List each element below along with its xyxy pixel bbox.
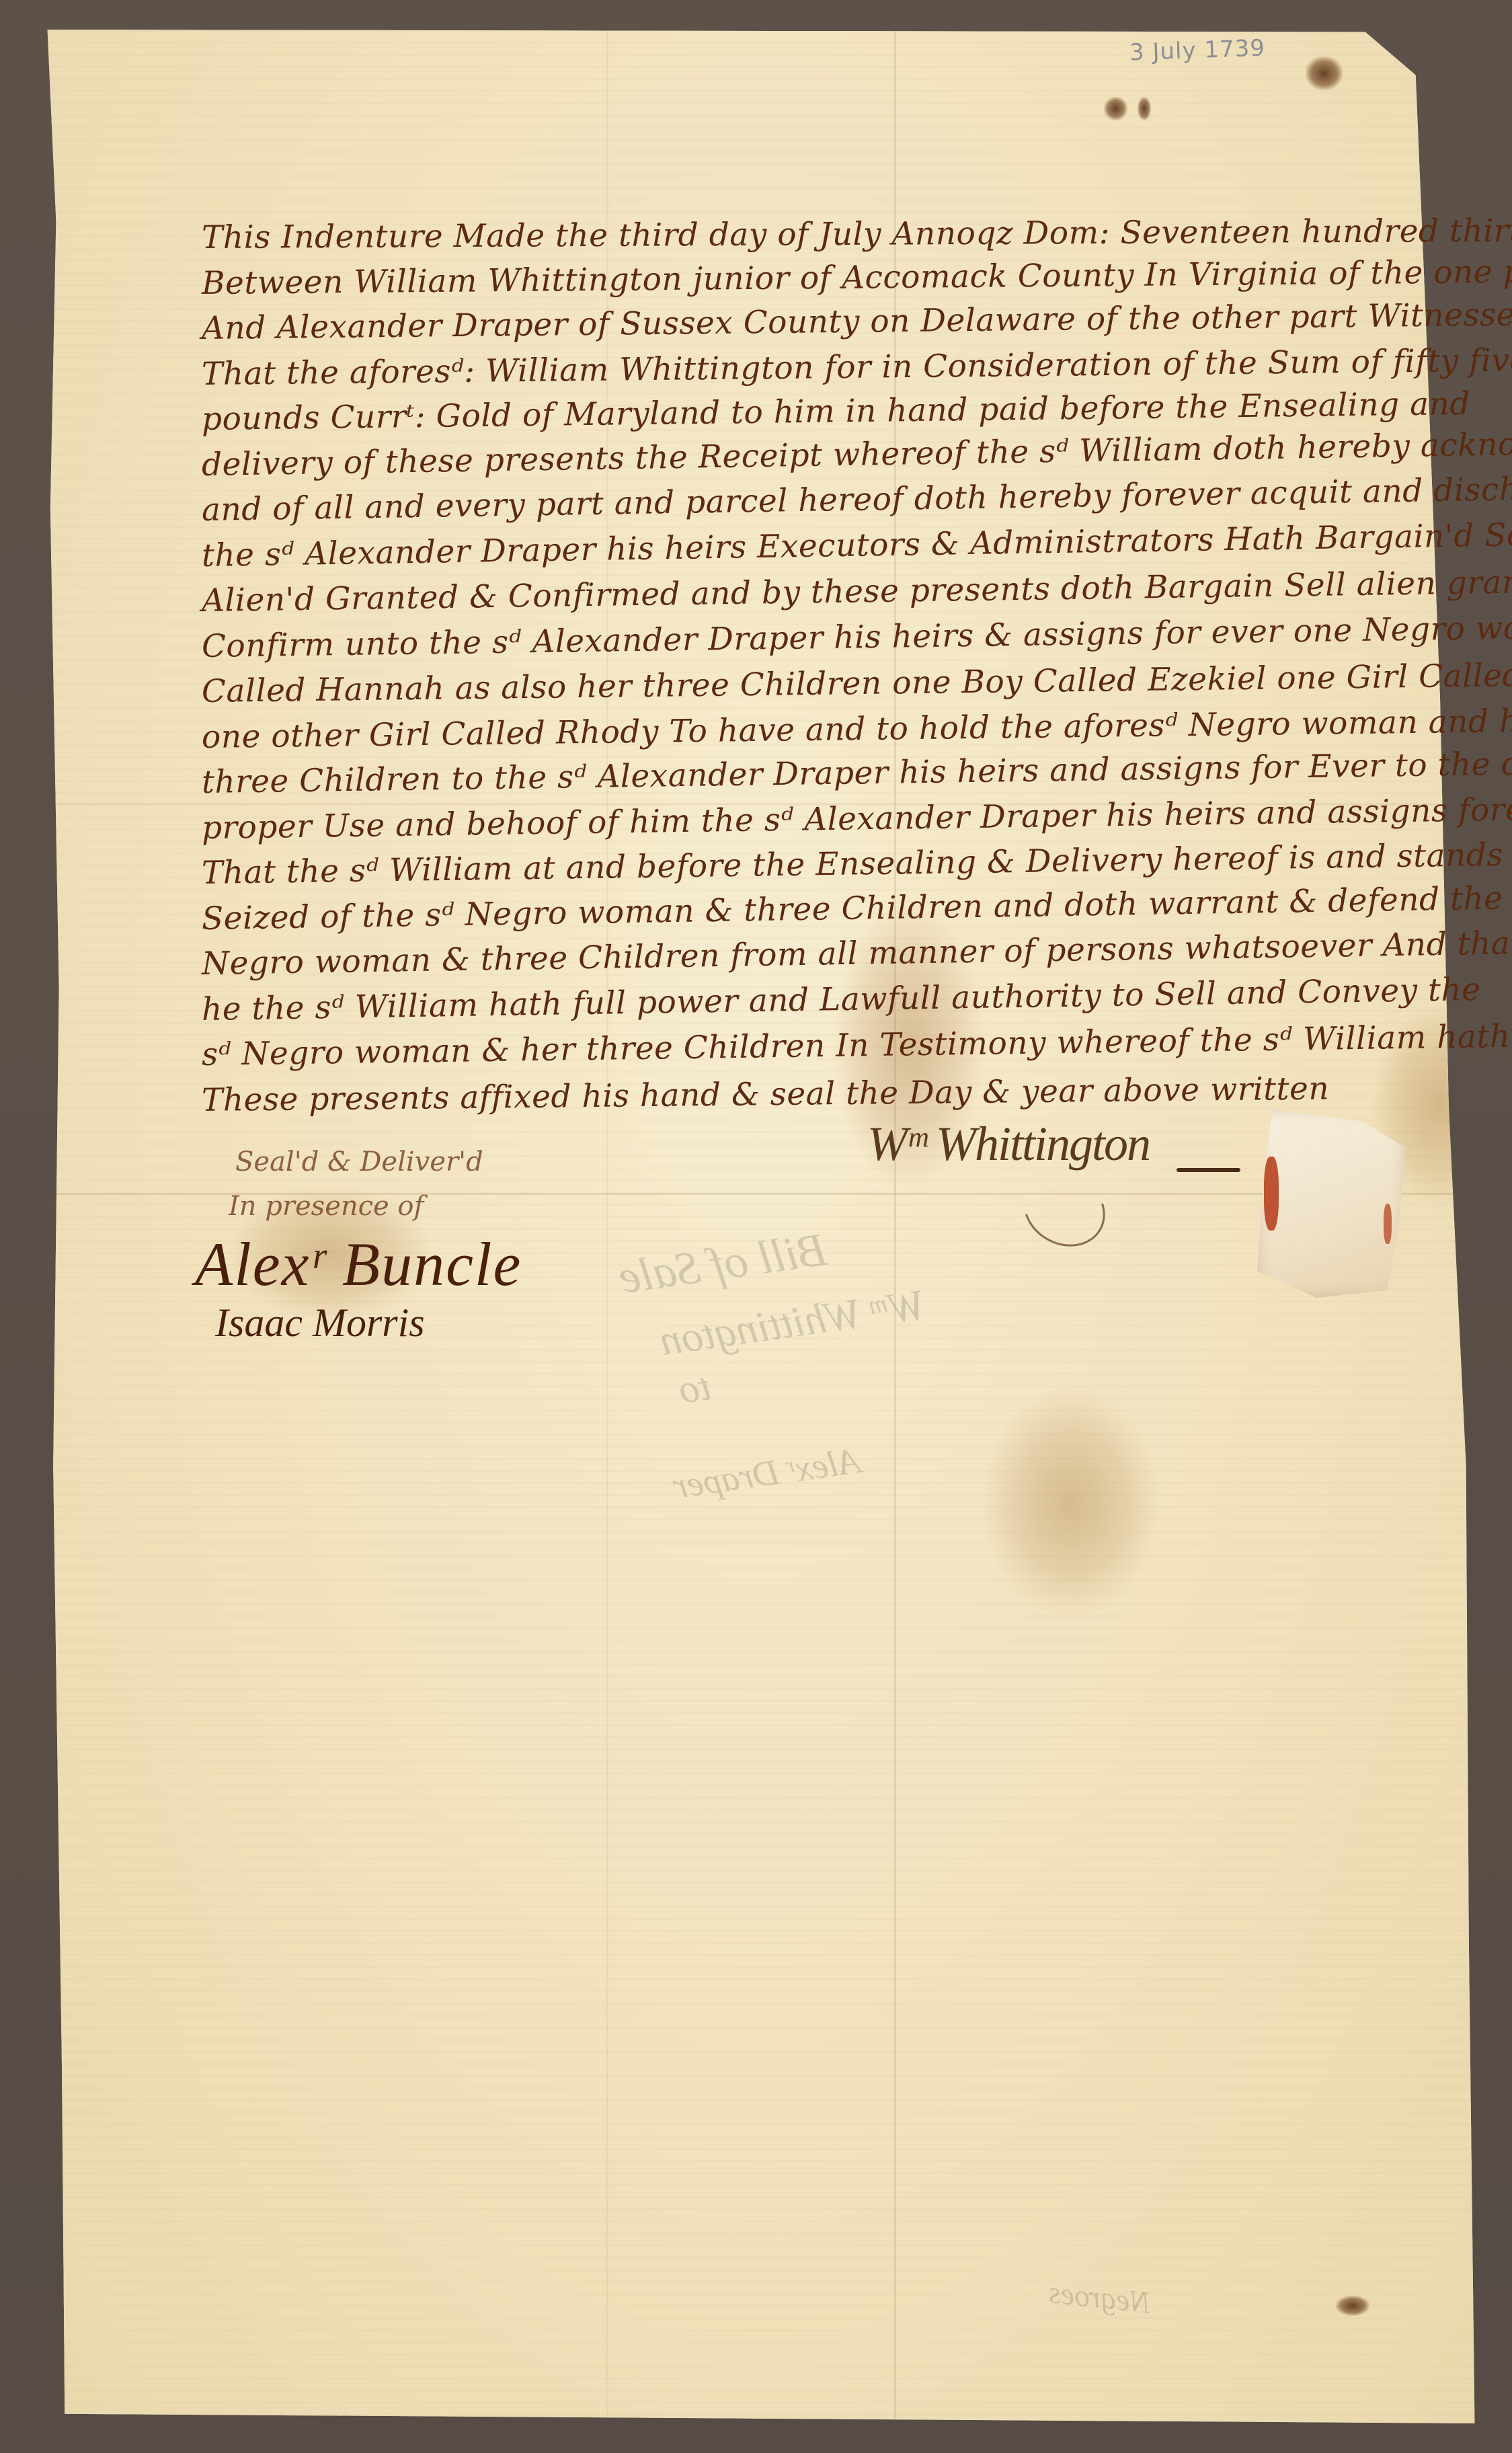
indenture-body: This Indenture Made the third day of Jul…	[202, 215, 1493, 1123]
in-presence-of-label: In presence of	[229, 1191, 522, 1222]
witness-signature: Isaac Morris	[215, 1300, 522, 1346]
paper-seal-wafer	[1257, 1109, 1405, 1298]
ink-blot	[1306, 56, 1343, 90]
ink-blot	[1138, 97, 1151, 120]
water-stain	[983, 1388, 1158, 1617]
sealed-delivered-label: Seal'd & Deliver'd	[235, 1146, 522, 1177]
red-wax-seal	[1384, 1204, 1392, 1244]
pencil-date-annotation: 3 July 1739	[1129, 34, 1265, 66]
ink-blot	[1104, 97, 1127, 120]
grantor-signature: Wᵐ Whittington	[867, 1116, 1150, 1172]
red-wax-seal	[1264, 1157, 1279, 1231]
signature-dash	[1177, 1168, 1240, 1172]
attestation-block: Seal'd & Deliver'd In presence of Alexʳ …	[222, 1146, 522, 1346]
witness-signature: Alexʳ Buncle	[195, 1229, 522, 1300]
ink-blot	[1336, 2296, 1369, 2316]
bleedthrough-text: to	[676, 1363, 713, 1413]
